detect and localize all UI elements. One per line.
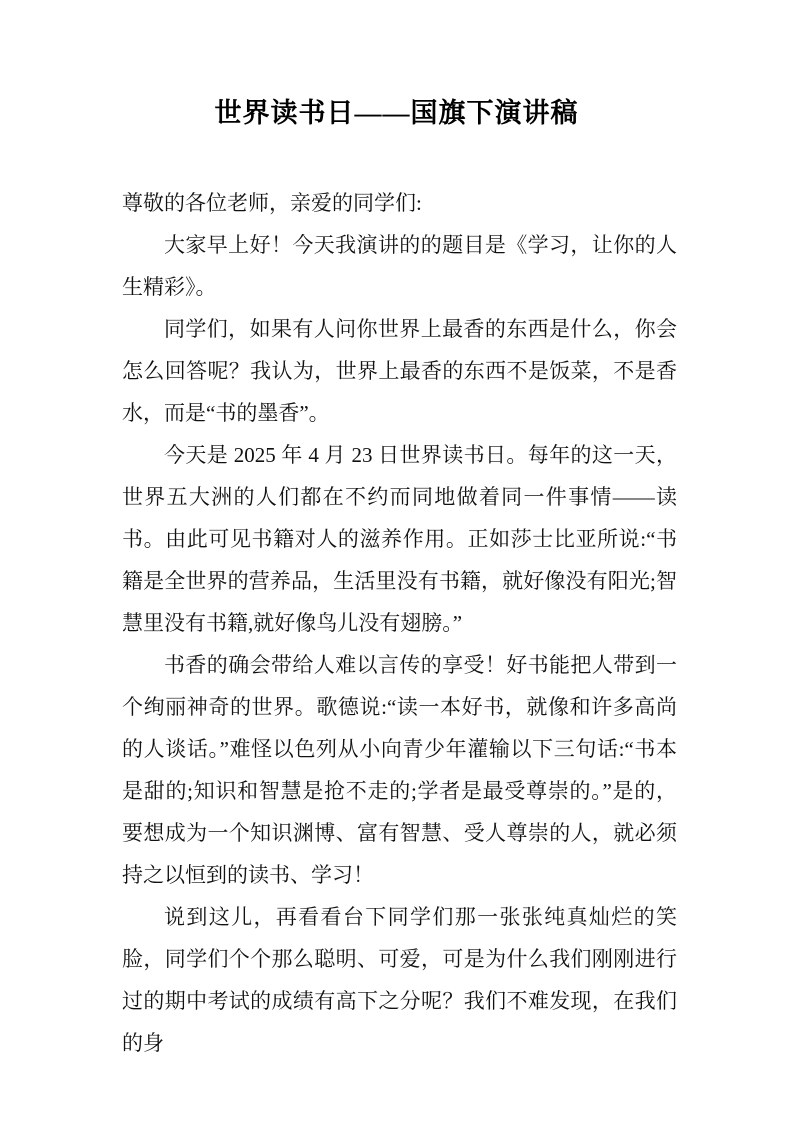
paragraph-reading-day: 今天是 2025 年 4 月 23 日世界读书日。每年的这一天，世界五大洲的人们… — [122, 434, 677, 644]
paragraph-salutation: 尊敬的各位老师，亲爱的同学们: — [122, 182, 677, 224]
document-title: 世界读书日——国旗下演讲稿 — [0, 0, 793, 130]
paragraph-greeting: 大家早上好！今天我演讲的的题目是《学习，让你的人生精彩》。 — [122, 224, 677, 308]
paragraph-classmates: 说到这儿，再看看台下同学们那一张张纯真灿烂的笑脸，同学们个个那么聪明、可爱，可是… — [122, 896, 677, 1064]
document-page: 世界读书日——国旗下演讲稿 尊敬的各位老师，亲爱的同学们: 大家早上好！今天我演… — [0, 0, 793, 1122]
document-body: 尊敬的各位老师，亲爱的同学们: 大家早上好！今天我演讲的的题目是《学习，让你的人… — [122, 182, 677, 1064]
paragraph-fragrance: 同学们，如果有人问你世界上最香的东西是什么，你会怎么回答呢？我认为，世界上最香的… — [122, 308, 677, 434]
paragraph-book-joy: 书香的确会带给人难以言传的享受！好书能把人带到一个绚丽神奇的世界。歌德说:“读一… — [122, 644, 677, 896]
